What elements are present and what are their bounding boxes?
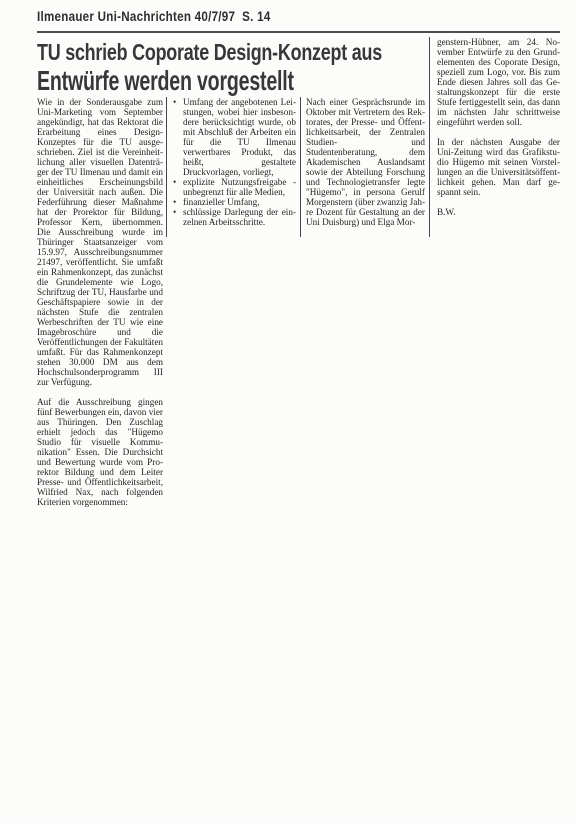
criteria-bullet-item: • schlüssige Darlegung der ein­zelnen Ar…: [172, 207, 296, 227]
bullet-text: finanzieller Umfang,: [183, 197, 260, 207]
paragraph: In der nächsten Ausgabe der Uni-Zeitung …: [437, 137, 560, 197]
criteria-bullet-item: • finanzieller Umfang,: [172, 197, 296, 207]
bullet-icon: •: [173, 177, 176, 187]
paragraph: Nach einer Gesprächsrunde im Oktober mit…: [306, 97, 425, 227]
criteria-bullet-item: • Umfang der angebotenen Lei­stungen, wo…: [172, 97, 296, 177]
column-divider: [166, 97, 167, 237]
column-divider: [300, 97, 301, 237]
article-column-3: Nach einer Gesprächsrunde im Oktober mit…: [306, 97, 425, 227]
article-column-4: genstern-Hübner, am 24. No­vember Entwür…: [437, 37, 560, 217]
article-column-2: • Umfang der angebotenen Lei­stungen, wo…: [172, 97, 296, 227]
author-initials: B.W.: [437, 207, 560, 217]
paragraph: Auf die Ausschreibung gingen fünf Bewerb…: [37, 397, 163, 507]
masthead-rule: [37, 31, 560, 33]
column-divider: [429, 37, 430, 237]
masthead-text: Ilmenauer Uni-Nachrichten 40/7/97 S. 14: [37, 9, 271, 24]
headline-line-1: TU schrieb Coporate Design-Konzept aus: [37, 41, 382, 64]
bullet-text: Umfang der angebotenen Lei­stungen, wobe…: [183, 97, 296, 177]
bullet-icon: •: [173, 97, 176, 107]
paragraph: Wie in der Sonderausgabe zum Uni-Marketi…: [37, 97, 163, 387]
article-column-1: Wie in der Sonderausgabe zum Uni-Marketi…: [37, 97, 163, 507]
bullet-text: explizite Nutzungsfreigabe - unbegrenzt …: [183, 177, 296, 197]
newspaper-page: Ilmenauer Uni-Nachrichten 40/7/97 S. 14 …: [0, 0, 576, 823]
paragraph: genstern-Hübner, am 24. No­vember Entwür…: [437, 37, 560, 127]
criteria-bullet-item: • explizite Nutzungsfreigabe - unbegrenz…: [172, 177, 296, 197]
headline-line-2: Entwürfe werden vorgestellt: [37, 67, 347, 95]
bullet-icon: •: [173, 207, 176, 217]
bullet-icon: •: [173, 197, 176, 207]
bullet-text: schlüssige Darlegung der ein­zelnen Arbe…: [183, 207, 296, 227]
article-headline: TU schrieb Coporate Design-Konzept aus E…: [37, 41, 479, 95]
